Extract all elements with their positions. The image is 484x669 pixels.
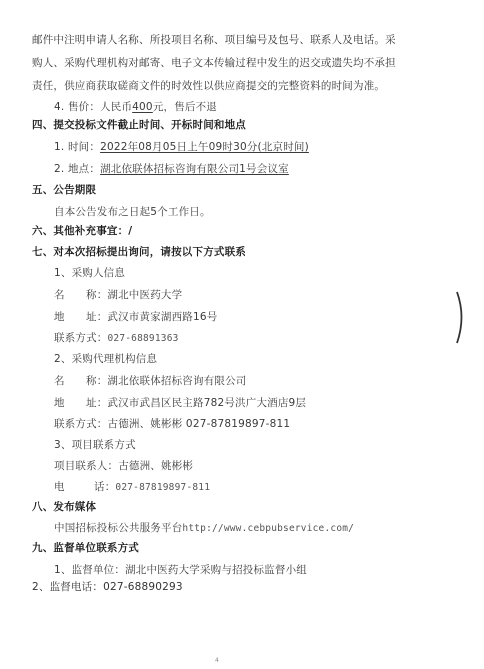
contact-label: 联系方式： xyxy=(54,332,108,344)
project-contact-person: 项目联系人：古德洲、姚彬彬 xyxy=(54,459,193,473)
publish-media: 中国招标投标公共服务平台http://www.cebpubservice.com… xyxy=(54,521,354,536)
agency-address-value: 武汉市武昌区民主路782号洪广大酒店9层 xyxy=(107,397,306,409)
addr-label-a: 地 xyxy=(54,310,86,324)
agency-title: 2、采购代理机构信息 xyxy=(54,352,157,366)
contact-label: 联系方式： xyxy=(54,418,108,430)
name-label-b: 称： xyxy=(86,375,107,387)
opening-place: 2. 地点：湖北依联体招标咨询有限公司1号会议室 xyxy=(54,162,289,176)
section-9-heading: 九、监督单位联系方式 xyxy=(32,541,139,555)
deadline-time: 1. 时间：2022年08月05日上午09时30分(北京时间) xyxy=(54,140,309,154)
agency-contact: 联系方式：古德洲、姚彬彬 027-87819897-811 xyxy=(54,417,290,431)
price-prefix: 4. 售价：人民币 xyxy=(54,101,132,113)
section-4-heading: 四、提交投标文件截止时间、开标时间和地点 xyxy=(32,118,246,132)
pen-mark xyxy=(455,290,465,345)
document-page: 邮件中注明申请人名称、所投项目名称、项目编号及包号、联系人及电话。采 购人、采购… xyxy=(0,0,484,669)
price-line: 4. 售价：人民币400元，售后不退 xyxy=(54,100,217,114)
addr-label-b: 址： xyxy=(86,311,107,323)
supervision-unit: 1、监督单位：湖北中医药大学采购与招投标监督小组 xyxy=(54,563,307,577)
section-5-heading: 五、公告期限 xyxy=(32,183,96,197)
purchaser-contact-value: 027-68891363 xyxy=(108,333,179,344)
platform-name: 中国招标投标公共服务平台 xyxy=(54,522,182,534)
phone-label-a: 电 xyxy=(54,480,94,494)
place-value: 湖北依联体招标咨询有限公司1号会议室 xyxy=(100,163,289,175)
platform-url[interactable]: http://www.cebpubservice.com/ xyxy=(182,523,354,534)
time-label: 1. 时间： xyxy=(54,141,100,153)
notice-period-text: 自本公告发布之日起5个工作日。 xyxy=(54,205,211,219)
price-suffix: 元，售后不退 xyxy=(153,101,217,113)
name-label-b: 称： xyxy=(86,289,107,301)
agency-name: 名称：湖北依联体招标咨询有限公司 xyxy=(54,374,247,388)
section-8-heading: 八、发布媒体 xyxy=(32,500,96,514)
project-contact-title: 3、项目联系方式 xyxy=(54,438,136,452)
phone-value: 027-87819897-811 xyxy=(115,482,210,493)
agency-address: 地址：武汉市武昌区民主路782号洪广大酒店9层 xyxy=(54,396,306,410)
purchaser-title: 1、采购人信息 xyxy=(54,266,125,280)
name-label-a: 名 xyxy=(54,288,86,302)
intro-line-3: 责任，供应商获取磋商文件的时效性以供应商提交的完整资料的时间为准。 xyxy=(32,79,385,93)
purchaser-name: 名称：湖北中医药大学 xyxy=(54,288,182,302)
name-label-a: 名 xyxy=(54,374,86,388)
person-label: 项目联系人： xyxy=(54,460,118,472)
section-6-heading: 六、其他补充事宜：/ xyxy=(32,224,132,238)
section-7-heading: 七、对本次招标提出询问，请按以下方式联系 xyxy=(32,245,246,259)
project-contact-phone: 电话：027-87819897-811 xyxy=(54,480,210,495)
supervision-phone: 2、监督电话：027-68890293 xyxy=(32,580,183,594)
place-label: 2. 地点： xyxy=(54,163,100,175)
time-value: 2022年08月05日上午09时30分(北京时间) xyxy=(100,141,309,153)
addr-label-b: 址： xyxy=(86,397,107,409)
price-amount: 400 xyxy=(132,101,153,113)
intro-line-1: 邮件中注明申请人名称、所投项目名称、项目编号及包号、联系人及电话。采 xyxy=(32,33,396,47)
phone-label-b: 话： xyxy=(94,481,115,493)
purchaser-address-value: 武汉市黄家湖西路16号 xyxy=(107,311,217,323)
purchaser-contact: 联系方式：027-68891363 xyxy=(54,331,179,346)
addr-label-a: 地 xyxy=(54,396,86,410)
agency-contact-value: 古德洲、姚彬彬 027-87819897-811 xyxy=(108,418,291,430)
purchaser-address: 地址：武汉市黄家湖西路16号 xyxy=(54,310,217,324)
intro-line-2: 购人、采购代理机构对邮寄、电子文本传输过程中发生的迟交或遗失均不承担 xyxy=(32,56,396,70)
page-number: 4 xyxy=(215,657,219,664)
agency-name-value: 湖北依联体招标咨询有限公司 xyxy=(107,375,246,387)
person-value: 古德洲、姚彬彬 xyxy=(118,460,193,472)
purchaser-name-value: 湖北中医药大学 xyxy=(107,289,182,301)
